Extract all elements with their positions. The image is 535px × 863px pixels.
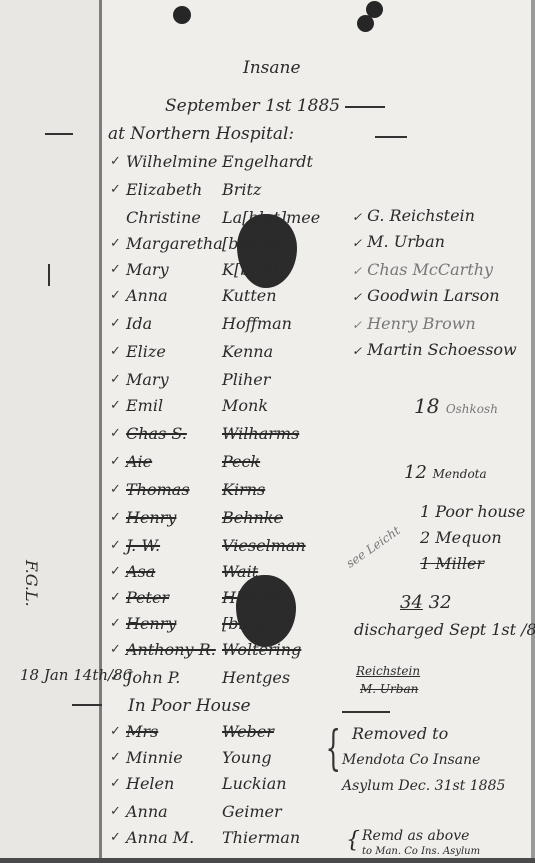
patient-row: ✓EmilMonk	[110, 396, 350, 420]
hentges-note-line2: M. Urban	[360, 682, 418, 696]
margin-tick	[48, 264, 50, 286]
brace-icon: {	[326, 720, 341, 776]
tally-oshkosh: 18 Oshkosh	[414, 394, 498, 418]
patient-row-struck: ✓AsaWait	[110, 562, 350, 586]
patient-row-struck: ✓Chas S.Wilharms	[110, 424, 350, 448]
patient-row-struck: ✓AiePeck	[110, 452, 350, 476]
hentges-note-line1: Reichstein	[356, 664, 420, 678]
margin-dash	[45, 133, 73, 135]
right-name-entry: ✓ G. Reichstein	[352, 206, 475, 225]
thierman-note-line2: to Man. Co Ins. Asylum	[362, 846, 480, 857]
tally-poor-house: 1 Poor house	[420, 502, 525, 521]
removed-note-line1: Removed to	[352, 724, 448, 743]
thierman-brace: {	[346, 828, 360, 853]
margin-note-date: 18 Jan 14th/86	[20, 666, 132, 684]
patient-row-struck: ✓ThomasKirns	[110, 480, 350, 504]
location-dash	[375, 136, 407, 138]
margin-initials: F.G.L.	[22, 560, 41, 607]
poor-house-heading: In Poor House	[128, 696, 251, 716]
patient-row: ✓ElizeKenna	[110, 342, 350, 366]
tally-mendota: 12 Mendota	[404, 462, 487, 483]
patient-row: ✓MaryK[blot]	[110, 260, 350, 284]
patient-row: ✓Margaretha[blot]th	[110, 234, 350, 258]
margin-dash	[72, 704, 102, 706]
removed-note-line3: Asylum Dec. 31st 1885	[342, 778, 505, 794]
patient-row: ✓WilhelmineEngelhardt	[110, 152, 350, 176]
patient-row-struck: ✓J. W.Vieselman	[110, 536, 350, 560]
patient-row-struck: ✓Henry[blot]	[110, 614, 350, 638]
tally-struck: 1 Miller	[420, 554, 484, 573]
patient-row: ✓MinnieYoung	[110, 748, 350, 772]
right-name-entry: ✓ Goodwin Larson	[352, 286, 500, 305]
section-dash	[342, 711, 390, 713]
patient-row-struck: ✓HenryBehnke	[110, 508, 350, 532]
right-name-entry: ✓ Martin Schoessow	[352, 340, 517, 359]
punch-hole-icon	[357, 15, 374, 32]
removed-note-line2: Mendota Co Insane	[342, 752, 480, 768]
discharged-note: discharged Sept 1st /85	[354, 620, 535, 639]
patient-row: ✓MaryPliher	[110, 370, 350, 394]
patient-row: ✓Anna M.Thierman	[110, 828, 350, 852]
page-right-edge	[531, 0, 535, 863]
thierman-note-line1: Remd as above	[362, 828, 469, 844]
patient-row-struck: ✓PeterH[blot]	[110, 588, 350, 612]
patient-row: ✓IdaHoffman	[110, 314, 350, 338]
tally-mequon: 2 Mequon	[420, 528, 502, 547]
right-name-entry: ✓ Henry Brown	[352, 314, 476, 333]
date-dash	[345, 106, 385, 108]
patient-row-struck: ✓MrsWeber	[110, 722, 350, 746]
side-note-small: see Leicht	[344, 523, 403, 570]
patient-row: ✓ElizabethBritz	[110, 180, 350, 204]
patient-row: ChristineLa[blot]mee	[110, 208, 350, 232]
document-heading: Insane	[243, 58, 301, 78]
patient-row: ✓AnnaKutten	[110, 286, 350, 310]
patient-row: ✓AnnaGeimer	[110, 802, 350, 826]
right-name-entry: ✓ M. Urban	[352, 232, 445, 251]
location-line: at Northern Hospital:	[108, 124, 294, 144]
left-margin	[0, 0, 100, 863]
punch-hole-icon	[173, 6, 191, 24]
page-bottom-edge	[0, 858, 535, 863]
margin-rule-line	[99, 0, 102, 858]
right-name-entry: ✓ Chas McCarthy	[352, 260, 493, 279]
patient-row: ✓HelenLuckian	[110, 774, 350, 798]
patient-row: ✓John P.Hentges	[110, 668, 350, 692]
patient-row-struck: ✓Anthony R.Woltering	[110, 640, 350, 664]
tally-total: 34 32	[400, 592, 452, 613]
document-page: Insane September 1st 1885 at Northern Ho…	[0, 0, 535, 863]
date-line: September 1st 1885	[165, 96, 340, 116]
